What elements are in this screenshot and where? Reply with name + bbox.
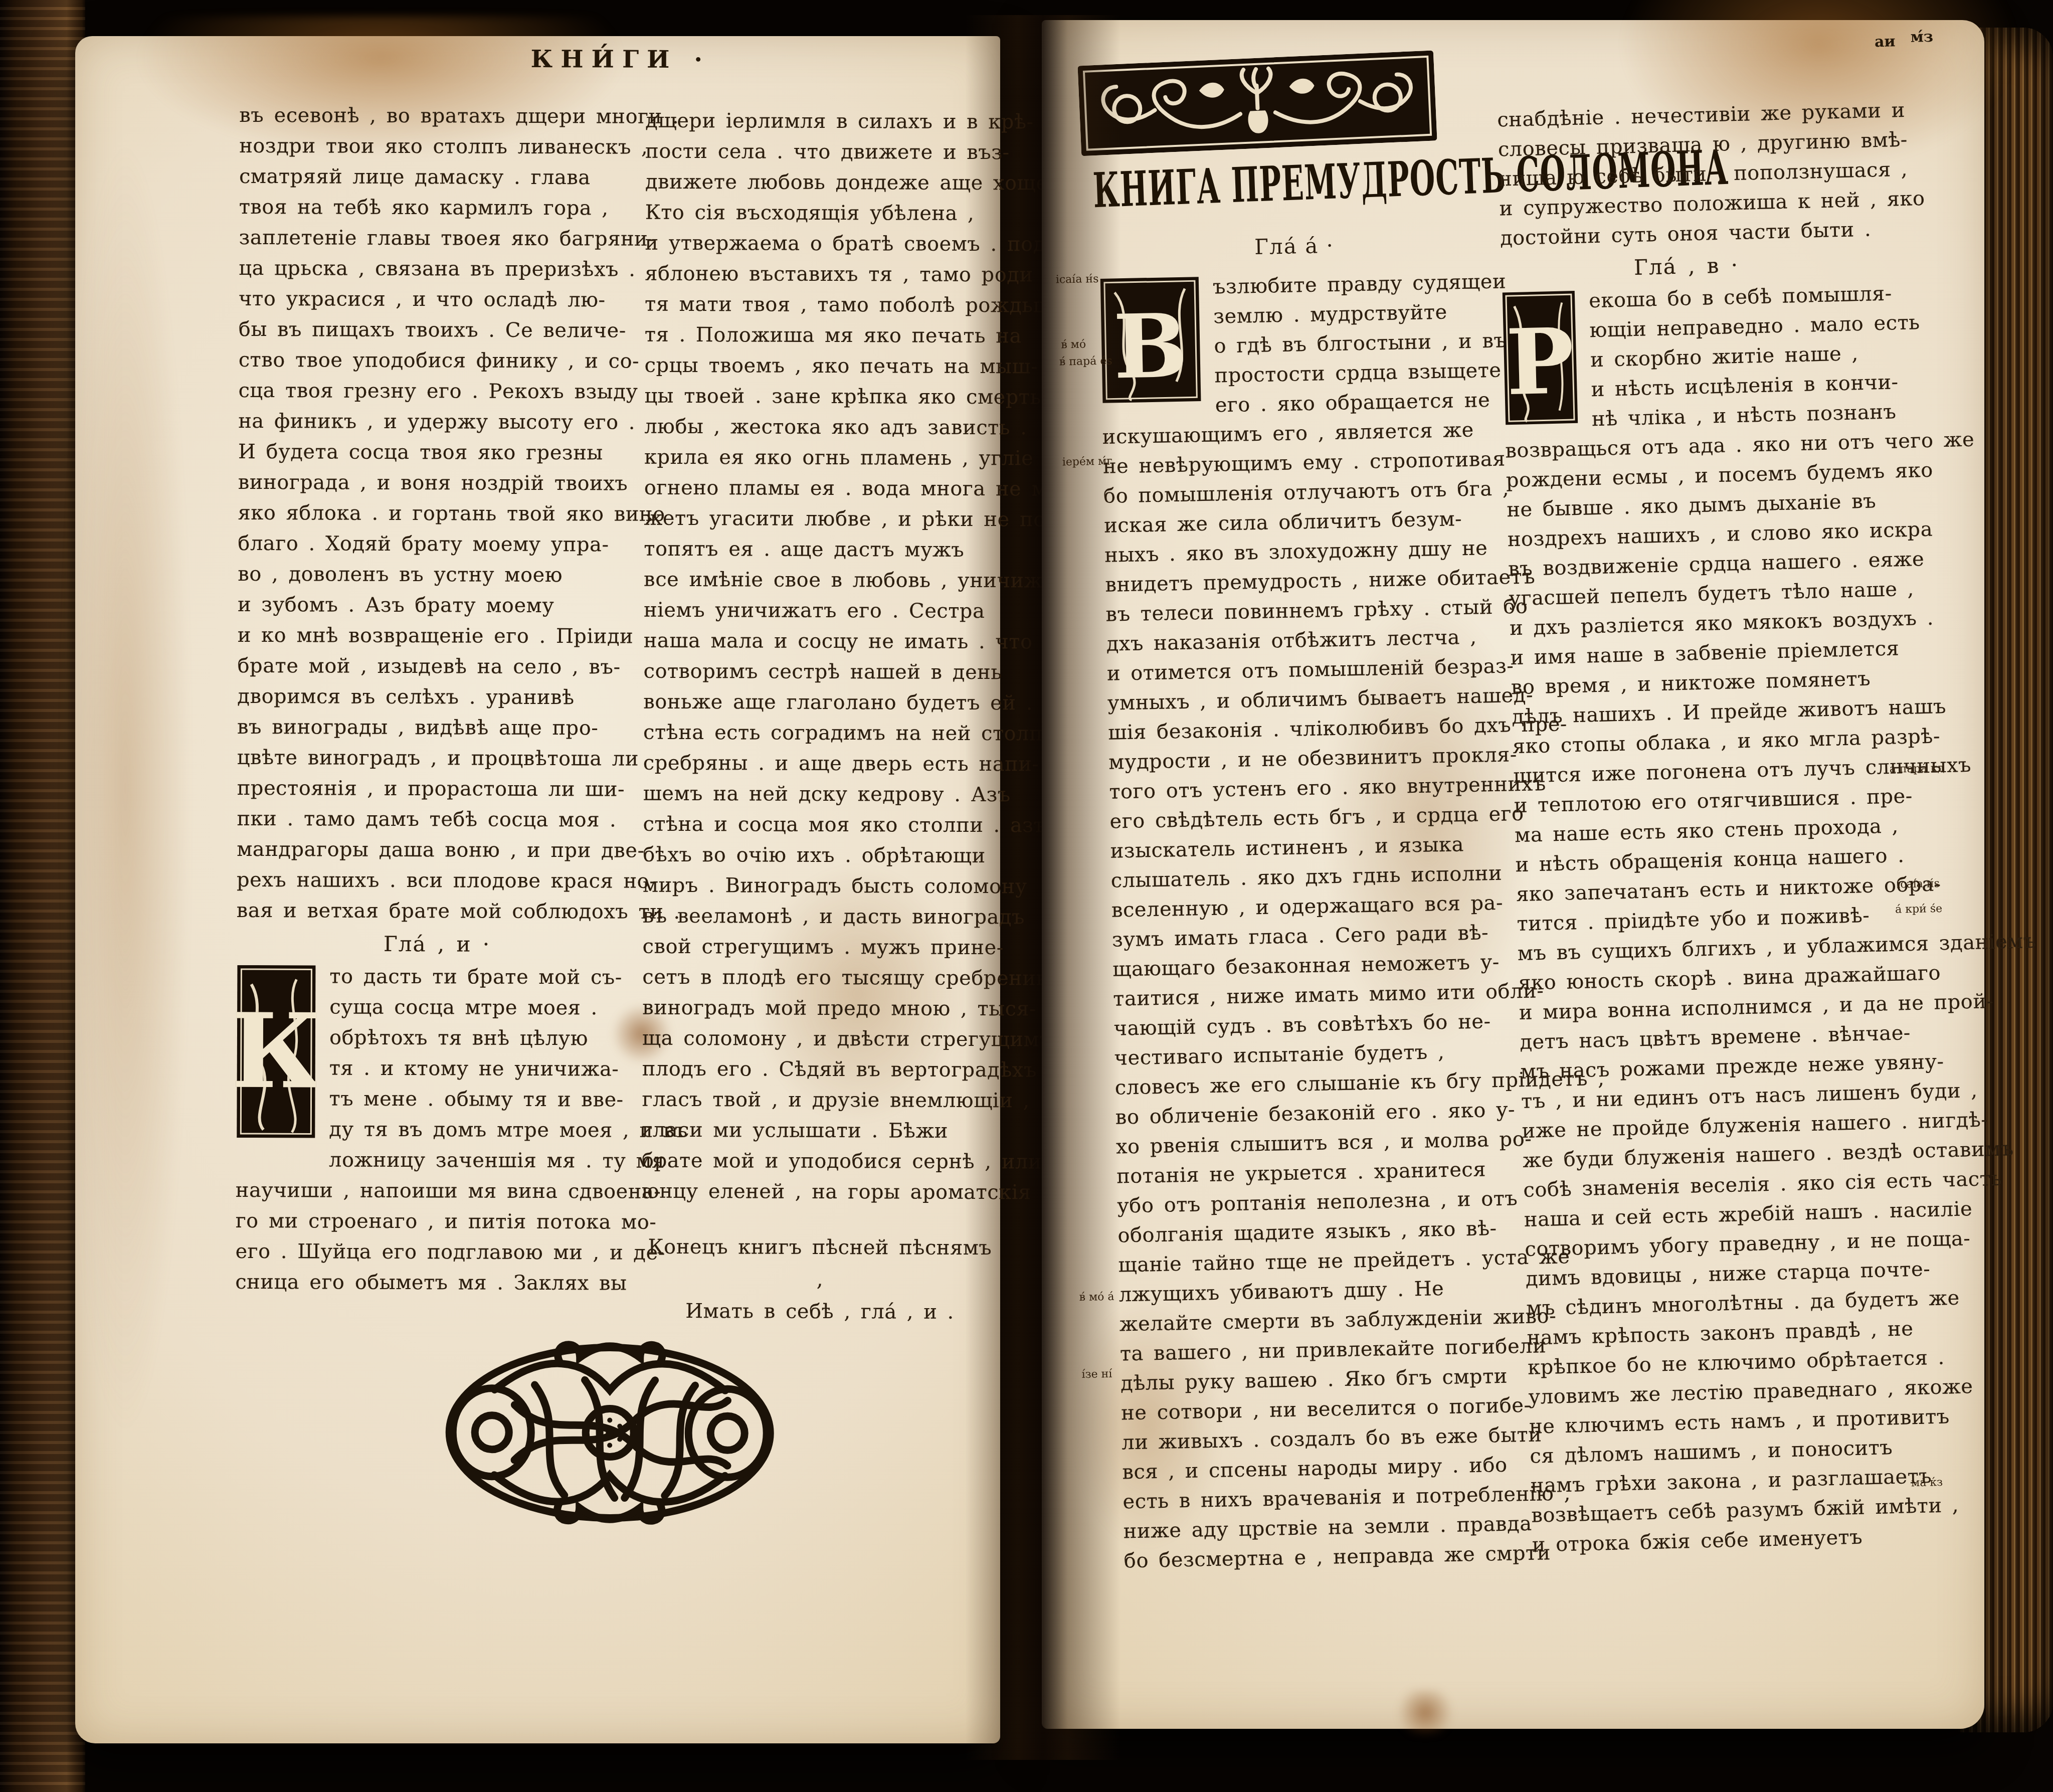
- text-line: дворимся въ селѣхъ . уранивѣ: [237, 681, 638, 713]
- text-line: огнено пламы ея . вода многа не мо-: [644, 473, 1001, 504]
- text-line: ніемъ уничижатъ его . Сестра: [644, 595, 1001, 627]
- text-line: дщери іерлимля в силахъ и в крѣ-: [645, 106, 1002, 137]
- text-line: пки . тамо дамъ тебѣ сосца моя .: [237, 804, 638, 836]
- text-line: сматряяй лице дамаску . глава: [239, 161, 640, 194]
- wisdom1-text: ъзлюбите правду судящеиземлю . мудрствуй…: [1099, 267, 1521, 1576]
- text-line: его . Шуйца его подглавою ми , и де-: [235, 1236, 636, 1269]
- running-head: КНИ́ГИ ·: [240, 44, 1002, 75]
- text-line: и утвержаема о братѣ своемъ . подъ: [645, 228, 1002, 260]
- text-line: движете любовь дондеже аще хощетъ .: [645, 167, 1002, 199]
- text-line: бѣхъ во очію ихъ . обрѣтающи: [643, 840, 1000, 871]
- margin-note: і́зе ні́: [1081, 1368, 1112, 1381]
- margin-note: а́ кри́ ѕ́е: [1895, 903, 1942, 917]
- text-line: тя мати твоя , тамо поболѣ рождьшая: [645, 289, 1002, 321]
- svg-text:К: К: [236, 991, 316, 1112]
- wisdom1-text-end: снабдѣніе . нечестивіи же руками исловес…: [1497, 97, 1872, 254]
- text-line: въ есевонѣ , во вратахъ дщери многи .: [239, 100, 640, 132]
- song8-text: К то дасть ти брате мой съ-суща сосца мт…: [235, 961, 637, 1299]
- text-line: ща соломону , и двѣсти стрегущимъ: [642, 1023, 999, 1055]
- text-line: престоянія , и прорастоша ли ши-: [237, 773, 638, 805]
- left-page: КНИ́ГИ · въ есевонѣ , во вратахъ дщери м…: [75, 36, 1000, 1743]
- text-line: миръ . Виноградъ бысть соломону: [643, 870, 1000, 902]
- text-line: яко яблока . и гортань твой яко вино: [238, 498, 639, 530]
- text-line: цы твоей . зане крѣпка яко смерть: [644, 381, 1001, 413]
- text-line: плодъ его . Сѣдяй въ вертоградѣхъ: [642, 1054, 999, 1086]
- text-line: гласъ твой , и друзіе внемлющіи ,: [642, 1085, 999, 1116]
- wisdom2-text: Р екоша бо в себѣ помышля-ющіи неправедн…: [1502, 279, 1904, 1560]
- book-spine: [0, 0, 85, 1792]
- chapter-1-heading: Гла́ а́ ·: [1098, 225, 1490, 268]
- text-line: ноздри твои яко столпъ ливанескъ ,: [239, 131, 640, 163]
- text-line: го ми строенаго , и питія потока мо-: [236, 1206, 637, 1238]
- text-line: ство твое уподобися финику , и со-: [239, 345, 640, 377]
- left-page-content: КНИ́ГИ · въ есевонѣ , во вратахъ дщери м…: [72, 35, 1003, 1745]
- text-line: крила ея яко огнь пламень , угліе: [644, 442, 1001, 474]
- text-line: пости села . что движете и въз-: [645, 136, 1002, 168]
- text-line: срцы твоемъ , яко печать на мыш-: [645, 350, 1002, 382]
- quire-mark-1: аи: [1875, 33, 1896, 51]
- chapter-8-heading: Гла́ , и ·: [236, 926, 637, 963]
- ornamental-initial-R: Р: [1502, 290, 1579, 431]
- text-line: ца црьска , связана въ преризѣхъ .: [239, 253, 640, 285]
- text-line: шемъ на ней дску кедрову . Азъ: [643, 779, 1000, 810]
- text-line: твоя на тебѣ яко кармилъ гора ,: [239, 192, 640, 224]
- text-line: въ вееламонѣ , и дасть виноградъ: [643, 901, 1000, 933]
- text-line: вая и ветхая брате мой соблюдохъ ти .: [237, 895, 638, 928]
- text-line: на финикъ , и удержу высоту его .: [238, 406, 639, 438]
- text-line: тя . Положиша мя яко печать на: [645, 320, 1002, 351]
- svg-text:В: В: [1112, 295, 1189, 399]
- text-line: что украсися , и что осладѣ лю-: [239, 284, 640, 316]
- text-line: воньже аще глаголано будетъ ей . аще: [643, 687, 1000, 719]
- text-line: свой стрегущимъ . мужъ прине-: [642, 932, 999, 963]
- colophon-line-2: Имать в себѣ , гла́ , и .: [641, 1295, 998, 1328]
- margin-note: ісаі́а н́ѕ: [1897, 877, 1940, 891]
- text-line: И будета сосца твоя яко грезны: [238, 437, 639, 469]
- ornamental-initial-K: К: [236, 964, 316, 1144]
- right-page: КНИГА ПРЕМУДРОСТЬ СОЛОМОНА Гла́ а́ · В ъ…: [1042, 20, 1984, 1729]
- text-line: рехъ нашихъ . вси плодове крася но-: [237, 865, 638, 897]
- margin-note: а́ пара́ ќд: [1890, 762, 1945, 776]
- text-line: топятъ ея . аще дастъ мужъ: [644, 534, 1001, 566]
- text-line: гласи ми услышати . Бѣжи: [642, 1115, 999, 1147]
- right-page-content: КНИГА ПРЕМУДРОСТЬ СОЛОМОНА Гла́ а́ · В ъ…: [1042, 11, 2017, 1737]
- margin-note: ісаі́а н́ѕ: [1056, 273, 1099, 287]
- left-column-1: въ есевонѣ , во вратахъ дщери многи .ноз…: [235, 100, 640, 1299]
- text-line: винограда , и воня ноздрій твоихъ: [238, 467, 639, 499]
- margin-note: в́ мо́: [1061, 338, 1086, 351]
- text-line: брате мой и уподобися сернѣ , или: [642, 1146, 999, 1177]
- text-line: Кто сія въсходящія убѣлена ,: [645, 198, 1002, 229]
- text-line: и ко мнѣ возвращеніе его . Пріиди: [238, 620, 639, 652]
- text-line: и зубомъ . Азъ брату моему: [238, 590, 639, 622]
- text-line: бы въ пищахъ твоихъ . Се величе-: [239, 314, 640, 346]
- text-line: все имѣніе свое в любовь , уничиже-: [644, 565, 1001, 596]
- text-line: мандрагоры даша воню , и при две-: [237, 834, 638, 866]
- text-line: юнцу еленей , на горы ароматскія .: [642, 1176, 999, 1208]
- text-line: во , доволенъ въ устну моею: [238, 559, 639, 591]
- knotwork-tailpiece-ornament: [434, 1329, 785, 1538]
- text-line: научиши , напоиши мя вина сдвоена-: [236, 1175, 637, 1207]
- text-line: цвѣте виноградъ , и процвѣтоша ли: [237, 743, 638, 775]
- ornamental-initial-V: В: [1099, 276, 1202, 409]
- right-column-2: снабдѣніе . нечестивіи же руками исловес…: [1497, 97, 1904, 1560]
- margin-note: в́ пара́ е́ѕ: [1059, 354, 1112, 369]
- margin-note: ма́ ќз: [1911, 1476, 1943, 1490]
- wisdom2-lines: екоша бо в себѣ помышля-ющіи неправедно …: [1502, 279, 1904, 1560]
- colophon-line-1: Конецъ книгъ пѣсней пѣснямъ ,: [641, 1231, 998, 1296]
- floral-headpiece-woodcut: [1077, 50, 1437, 158]
- text-line: ложницу заченшія мя . ту мя: [236, 1145, 637, 1177]
- text-line: благо . Ходяй брату моему упра-: [238, 528, 639, 561]
- text-line: любы , жестока яко адъ зависть .: [644, 412, 1001, 443]
- text-line: сребряны . и аще дверь есть напи-: [643, 748, 1000, 780]
- text-line: стѣна и сосца моя яко столпи . азъ: [643, 809, 1000, 841]
- svg-text:Р: Р: [1505, 308, 1576, 416]
- margin-note: іере́м м́г: [1062, 455, 1112, 469]
- text-line: въ винограды , видѣвѣ аще про-: [237, 712, 638, 744]
- song8-text-cont: дщери іерлимля в силахъ и в крѣ-пости се…: [642, 106, 1003, 1208]
- text-line: сотворимъ сестрѣ нашей в день: [643, 656, 1000, 688]
- text-line: наша мала и сосцу не имать . что: [644, 626, 1001, 657]
- left-column-2: дщери іерлимля в силахъ и в крѣ-пости се…: [641, 106, 1002, 1328]
- text-line: сетъ в плодѣ его тысящу сребреникъ .: [642, 962, 999, 994]
- text-line: жетъ угасити любве , и рѣки не по-: [644, 503, 1001, 535]
- text-line: сница его обыметъ мя . Заклях вы: [235, 1267, 636, 1299]
- margin-note: в́ мо́ а́: [1079, 1291, 1114, 1304]
- song7-text: въ есевонѣ , во вратахъ дщери многи .ноз…: [237, 100, 641, 928]
- text-line: заплетеніе главы твоея яко багряни-: [239, 223, 640, 255]
- text-line: виноградъ мой предо мною , тыся-: [642, 993, 999, 1024]
- quire-mark-2: м́з: [1910, 28, 1933, 46]
- text-line: стѣна есть соградимъ на ней столпы: [643, 718, 1000, 749]
- text-line: брате мой , изыдевѣ на село , въ-: [237, 651, 638, 683]
- text-line: яблонею въставихъ тя , тамо роди: [645, 259, 1002, 290]
- text-line: сца твоя грезну его . Рекохъ взыду: [238, 376, 639, 408]
- right-column-1: В ъзлюбите правду судящеиземлю . мудрств…: [1099, 267, 1521, 1576]
